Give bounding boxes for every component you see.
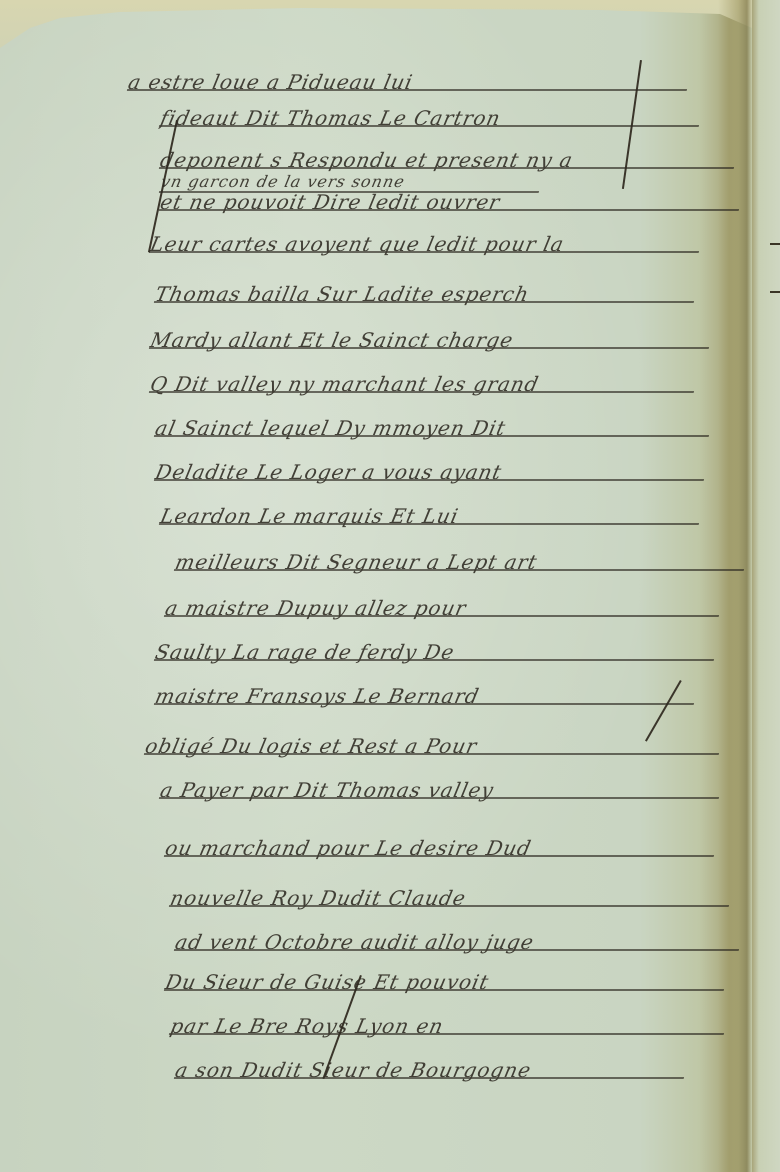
- manuscript-line: par Le Bre Roys Lyon en: [167, 1014, 728, 1044]
- manuscript-line: Du Sieur de Guise Et pouvoit: [162, 970, 728, 1000]
- manuscript-line: ou marchand pour Le desire Dud: [162, 836, 718, 866]
- manuscript-text-block: a estre loue a Pidueau lui fideaut Dit T…: [0, 0, 780, 1172]
- manuscript-line: nouvelle Roy Dudit Claude: [167, 886, 733, 916]
- manuscript-line: Thomas bailla Sur Ladite esperch: [152, 282, 698, 312]
- manuscript-line: Deladite Le Loger a vous ayant: [152, 460, 708, 490]
- manuscript-line: et ne pouvoit Dire ledit ouvrer: [157, 190, 743, 220]
- manuscript-line: Q Dit valley ny marchant les grand: [147, 372, 698, 402]
- manuscript-line: a Payer par Dit Thomas valley: [157, 778, 723, 808]
- manuscript-line: meilleurs Dit Segneur a Lept art: [172, 550, 748, 580]
- manuscript-line: ad vent Octobre audit alloy juge: [172, 930, 743, 960]
- manuscript-line: a son Dudit Sieur de Bourgogne: [172, 1058, 688, 1088]
- manuscript-line: fideaut Dit Thomas Le Cartron: [157, 106, 703, 136]
- manuscript-line: obligé Du logis et Rest a Pour: [142, 734, 723, 764]
- manuscript-line: Leardon Le marquis Et Lui: [157, 504, 703, 534]
- manuscript-line: a maistre Dupuy allez pour: [162, 596, 723, 626]
- manuscript-line: a estre loue a Pidueau lui: [125, 70, 691, 100]
- manuscript-line: Mardy allant Et le Sainct charge: [147, 328, 713, 358]
- manuscript-line: al Sainct lequel Dy mmoyen Dit: [152, 416, 713, 446]
- manuscript-line: maistre Fransoys Le Bernard: [152, 684, 698, 714]
- manuscript-line: Saulty La rage de ferdy De: [152, 640, 718, 670]
- manuscript-line: Leur cartes avoyent que ledit pour la: [147, 232, 703, 262]
